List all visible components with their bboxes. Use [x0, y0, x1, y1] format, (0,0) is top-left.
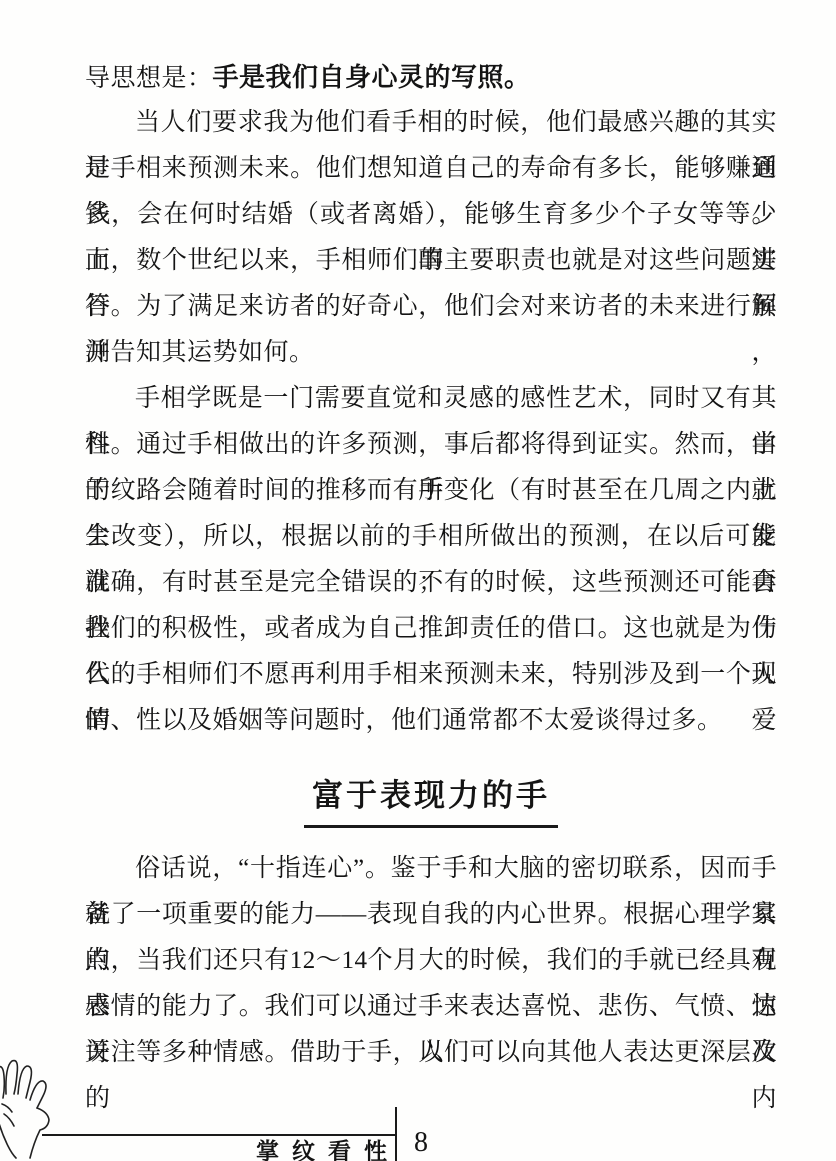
text-line: 当人们要求我为他们看手相的时候，他们最感兴趣的其实是通	[85, 100, 777, 146]
text-line: 上，数个世纪以来，手相师们的主要职责也就是对这些问题进行解	[85, 238, 777, 284]
text-line: 答。为了满足来访者的好奇心，他们会对来访者的未来进行预测，	[85, 284, 777, 330]
text-line: 导思想是：手是我们自身心灵的写照。	[85, 54, 777, 100]
book-page: 导思想是：手是我们自身心灵的写照。当人们要求我为他们看手相的时候，他们最感兴趣的…	[0, 0, 836, 1161]
text-line: 点，当我们还只有12～14个月大的时候，我们的手就已经具有表达	[85, 938, 777, 984]
text-line: 感情的能力了。我们可以通过手来表达喜悦、悲伤、气愤、惊讶以及	[85, 984, 777, 1030]
text-segment: 导思想是：	[85, 65, 213, 92]
section-heading-text: 富于表现力的手	[304, 770, 558, 828]
book-title: 掌纹看性	[256, 1133, 400, 1161]
text-column: 导思想是：手是我们自身心灵的写照。当人们要求我为他们看手相的时候，他们最感兴趣的…	[85, 54, 777, 1076]
section-heading: 富于表现力的手	[85, 744, 777, 846]
text-line: 性。通过手相做出的许多预测，事后都将得到证实。然而，由于手上	[85, 422, 777, 468]
text-line: 钱，会在何时结婚（或者离婚），能够生育多少个子女等等。而事实	[85, 192, 777, 238]
text-line: 俗话说，“十指连心”。鉴于手和大脑的密切联系，因而手就具	[85, 846, 777, 892]
text-line: 我们的积极性，或者成为自己推卸责任的借口。这也就是为什么现	[85, 606, 777, 652]
hand-icon	[0, 1054, 76, 1161]
text-line: 代的手相师们不愿再利用手相来预测未来，特别涉及到一个人的爱	[85, 652, 777, 698]
bold-text-segment: 手是我们自身心灵的写照。	[213, 62, 531, 92]
text-line: 手相学既是一门需要直觉和灵感的感性艺术，同时又有其科学	[85, 376, 777, 422]
text-line: 过手相来预测未来。他们想知道自己的寿命有多长，能够赚到多少	[85, 146, 777, 192]
text-line: 情、性以及婚姻等问题时，他们通常都不太爱谈得过多。	[85, 698, 777, 744]
text-line: 准确，有时甚至是完全错误的；有的时候，这些预测还可能会挫伤	[85, 560, 777, 606]
text-line: 生改变），所以，根据以前的手相所做出的预测，在以后可能就不再	[85, 514, 777, 560]
text-line: 的纹路会随着时间的推移而有所变化（有时甚至在几周之内就会发	[85, 468, 777, 514]
text-line: 关注等多种情感。借助于手，人们可以向其他人表达更深层次的内	[85, 1030, 777, 1076]
text-line: 备了一项重要的能力——表现自我的内心世界。根据心理学家的观	[85, 892, 777, 938]
page-number: 8	[414, 1127, 428, 1159]
